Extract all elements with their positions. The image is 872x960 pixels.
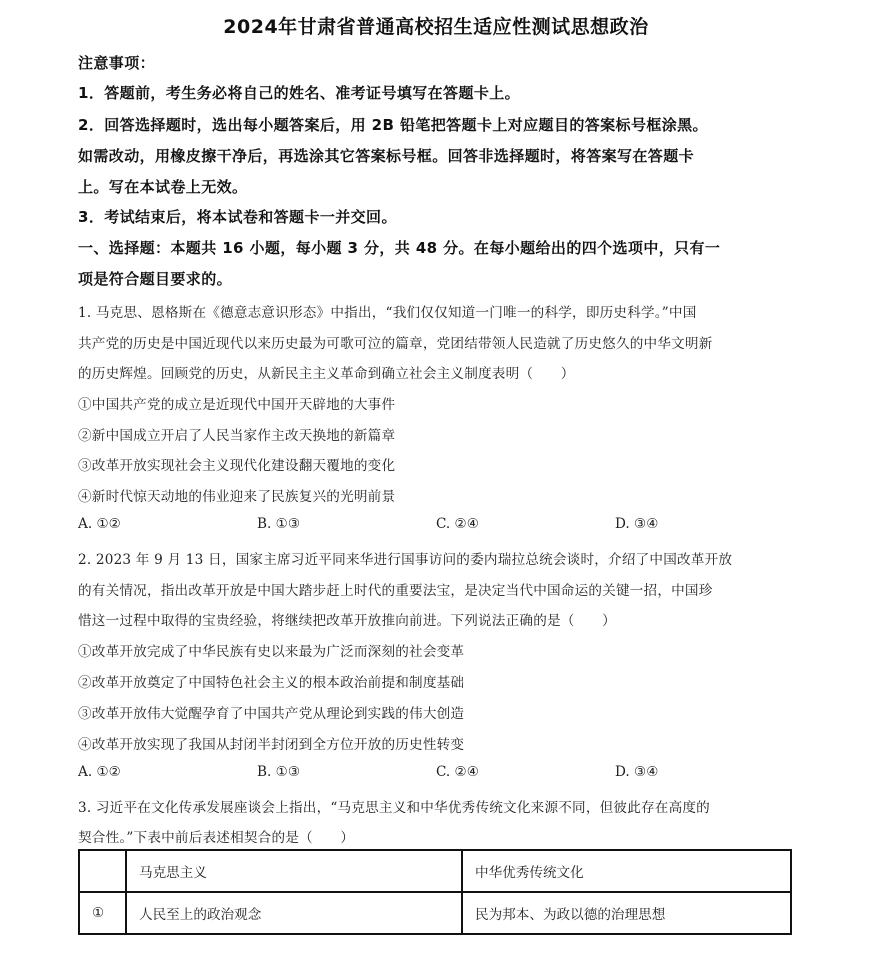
table-cell-traditional-culture: 民为邦本、为政以德的治理思想 bbox=[462, 892, 791, 934]
q1-statement-4: ④新时代惊天动地的伟业迎来了民族复兴的光明前景 bbox=[78, 485, 395, 505]
exam-page: 2024年甘肃省普通高校招生适应性测试思想政治 注意事项： 1．答题前，考生务必… bbox=[0, 0, 872, 960]
table-row: ① 人民至上的政治观念 民为邦本、为政以德的治理思想 bbox=[79, 892, 791, 934]
q1-options: A. ①② B. ①③ C. ②④ D. ③④ bbox=[78, 516, 798, 536]
notice-item-2-cont: 如需改动，用橡皮擦干净后，再选涂其它答案标号框。回答非选择题时，将答案写在答题卡 bbox=[78, 145, 694, 166]
q2-statement-3: ③改革开放伟大觉醒孕育了中国共产党从理论到实践的伟大创造 bbox=[78, 702, 464, 722]
q2-options: A. ①② B. ①③ C. ②④ D. ③④ bbox=[78, 764, 798, 784]
q2-stem-line-3: 惜这一过程中取得的宝贵经验，将继续把改革开放推向前进。下列说法正确的是（ ） bbox=[78, 609, 616, 629]
q2-option-a[interactable]: A. ①② bbox=[78, 764, 121, 780]
q1-statement-2: ②新中国成立开启了人民当家作主改天换地的新篇章 bbox=[78, 424, 395, 444]
q2-stem-line-1: 2. 2023 年 9 月 13 日，国家主席习近平同来华进行国事访问的委内瑞拉… bbox=[78, 548, 732, 568]
q2-option-c[interactable]: C. ②④ bbox=[436, 764, 479, 780]
q3-stem-line-2: 契合性。”下表中前后表述相契合的是（ ） bbox=[78, 826, 354, 846]
q3-comparison-table: 马克思主义 中华优秀传统文化 ① 人民至上的政治观念 民为邦本、为政以德的治理思… bbox=[78, 849, 792, 935]
q2-statement-4: ④改革开放实现了我国从封闭半封闭到全方位开放的历史性转变 bbox=[78, 733, 464, 753]
q2-statement-2: ②改革开放奠定了中国特色社会主义的根本政治前提和制度基础 bbox=[78, 671, 464, 691]
q3-stem-line-1: 3. 习近平在文化传承发展座谈会上指出，“马克思主义和中华优秀传统文化来源不同，… bbox=[78, 796, 710, 816]
table-row-number: ① bbox=[79, 892, 126, 934]
q1-statement-1: ①中国共产党的成立是近现代中国开天辟地的大事件 bbox=[78, 393, 395, 413]
notice-heading: 注意事项： bbox=[78, 52, 155, 73]
q1-statement-3: ③改革开放实现社会主义现代化建设翻天覆地的变化 bbox=[78, 454, 395, 474]
q1-option-b[interactable]: B. ①③ bbox=[257, 516, 300, 532]
notice-item-1: 1．答题前，考生务必将自己的姓名、准考证号填写在答题卡上。 bbox=[78, 82, 520, 103]
q2-option-d[interactable]: D. ③④ bbox=[615, 764, 658, 780]
table-header-cell-blank bbox=[79, 850, 126, 892]
table-header-marxism: 马克思主义 bbox=[126, 850, 462, 892]
q2-stem-line-2: 的有关情况，指出改革开放是中国大踏步赶上时代的重要法宝，是决定当代中国命运的关键… bbox=[78, 579, 713, 599]
table-header-traditional-culture: 中华优秀传统文化 bbox=[462, 850, 791, 892]
q2-statement-1: ①改革开放完成了中华民族有史以来最为广泛而深刻的社会变革 bbox=[78, 640, 464, 660]
exam-title: 2024年甘肃省普通高校招生适应性测试思想政治 bbox=[0, 12, 872, 39]
q1-option-a[interactable]: A. ①② bbox=[78, 516, 121, 532]
q1-option-c[interactable]: C. ②④ bbox=[436, 516, 479, 532]
q1-stem-line-2: 共产党的历史是中国近现代以来历史最为可歌可泣的篇章，党团结带领人民造就了历史悠久… bbox=[78, 332, 713, 352]
q2-option-b[interactable]: B. ①③ bbox=[257, 764, 300, 780]
q1-stem-line-1: 1. 马克思、恩格斯在《德意志意识形态》中指出，“我们仅仅知道一门唯一的科学，即… bbox=[78, 301, 697, 321]
q1-stem-line-3: 的历史辉煌。回顾党的历史，从新民主主义革命到确立社会主义制度表明（ ） bbox=[78, 362, 575, 382]
section-heading: 一、选择题：本题共 16 小题，每小题 3 分，共 48 分。在每小题给出的四个… bbox=[78, 237, 720, 258]
section-heading-cont: 项是符合题目要求的。 bbox=[78, 268, 232, 289]
table-header-row: 马克思主义 中华优秀传统文化 bbox=[79, 850, 791, 892]
notice-item-2: 2．回答选择题时，选出每小题答案后，用 2B 铅笔把答题卡上对应题目的答案标号框… bbox=[78, 114, 708, 135]
notice-item-3: 3．考试结束后，将本试卷和答题卡一并交回。 bbox=[78, 206, 397, 227]
table-cell-marxism: 人民至上的政治观念 bbox=[126, 892, 462, 934]
notice-item-2-end: 上。写在本试卷上无效。 bbox=[78, 176, 247, 197]
q1-option-d[interactable]: D. ③④ bbox=[615, 516, 658, 532]
